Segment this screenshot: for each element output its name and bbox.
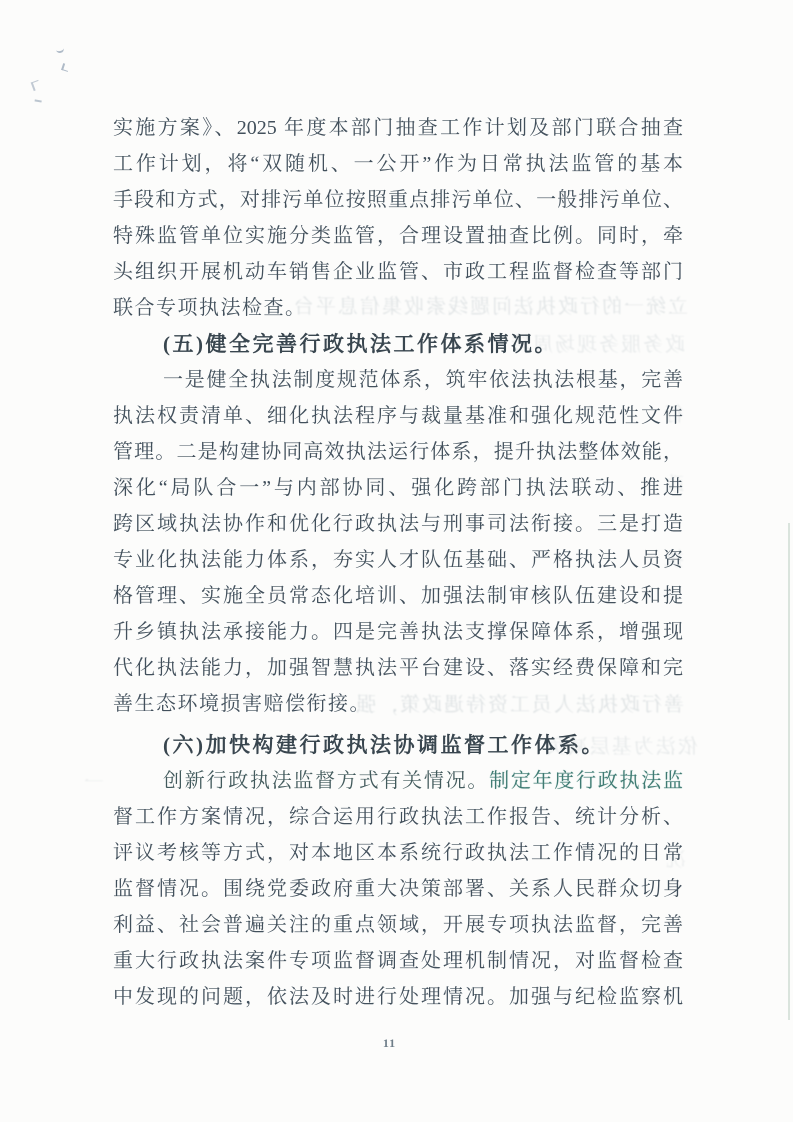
text-line: 实施方案》、2025 年度本部门抽查工作计划及部门联合抽查 xyxy=(113,110,683,146)
text-line: 执法权责清单、细化执法程序与裁量基准和强化规范性文件 xyxy=(113,398,683,434)
pencil-smudge xyxy=(55,45,64,54)
section-heading-5: (五)健全完善行政执法工作体系情况。 xyxy=(113,326,683,362)
text-line: 善生态环境损害赔偿衔接。 xyxy=(113,686,683,722)
text-segment: 创新行政执法监督方式有关情况。 xyxy=(163,770,489,792)
text-line: 利益、社会普遍关注的重点领域，开展专项执法监督，完善 xyxy=(113,907,683,943)
text-column: 实施方案》、2025 年度本部门抽查工作计划及部门联合抽查 工作计划，将“双随机… xyxy=(113,110,683,1015)
ink-bleedthrough: 一 xyxy=(80,768,104,798)
text-line: 重大行政执法案件专项监督调查处理机制情况，对监督检查 xyxy=(113,943,683,979)
pencil-smudge xyxy=(35,95,43,102)
text-line: 监督情况。围绕党委政府重大决策部署、关系人民群众切身 xyxy=(113,871,683,907)
text-line: 跨区域执法协作和优化行政执法与刑事司法衔接。三是打造 xyxy=(113,506,683,542)
text-line: 评议考核等方式，对本地区本系统行政执法工作情况的日常 xyxy=(113,835,683,871)
text-line: 升乡镇执法承接能力。四是完善执法支撑保障体系，增强现 xyxy=(113,614,683,650)
text-line: 一是健全执法制度规范体系，筑牢依法执法根基，完善 xyxy=(113,362,683,398)
pencil-smudge xyxy=(61,63,70,72)
text-line: 中发现的问题，依法及时进行处理情况。加强与纪检监察机 xyxy=(113,979,683,1015)
text-line: 深化“局队合一”与内部协同、强化跨部门执法联动、推进 xyxy=(113,470,683,506)
text-segment-teal-tint: 制定年度行政执法监 xyxy=(489,770,683,792)
pencil-smudge xyxy=(31,80,42,91)
text-line: 创新行政执法监督方式有关情况。制定年度行政执法监 xyxy=(113,763,683,799)
text-line: 格管理、实施全员常态化培训、加强法制审核队伍建设和提 xyxy=(113,578,683,614)
text-line: 特殊监管单位实施分类监管，合理设置抽查比例。同时，牵 xyxy=(113,218,683,254)
text-line: 工作计划，将“双随机、一公开”作为日常执法监管的基本 xyxy=(113,146,683,182)
scanned-document-page: 立统一的行政执法问题线索收集信息平台 政务服务现场周转 善行政执法人员工资待遇政… xyxy=(0,0,793,1122)
text-line: 代化执法能力，加强智慧执法平台建设、落实经费保障和完 xyxy=(113,650,683,686)
text-line: 手段和方式，对排污单位按照重点排污单位、一般排污单位、 xyxy=(113,182,683,218)
page-number: 11 xyxy=(0,1036,779,1051)
text-line: 专业化执法能力体系，夯实人才队伍基础、严格执法人员资 xyxy=(113,542,683,578)
text-line: 头组织开展机动车销售企业监管、市政工程监督检查等部门 xyxy=(113,254,683,290)
text-line: 管理。二是构建协同高效执法运行体系，提升执法整体效能， xyxy=(113,434,683,470)
section-heading-6: (六)加快构建行政执法协调监督工作体系。 xyxy=(113,727,683,763)
scan-edge-line xyxy=(788,523,790,1020)
text-line: 督工作方案情况，综合运用行政执法工作报告、统计分析、 xyxy=(113,799,683,835)
text-line: 联合专项执法检查。 xyxy=(113,290,683,326)
